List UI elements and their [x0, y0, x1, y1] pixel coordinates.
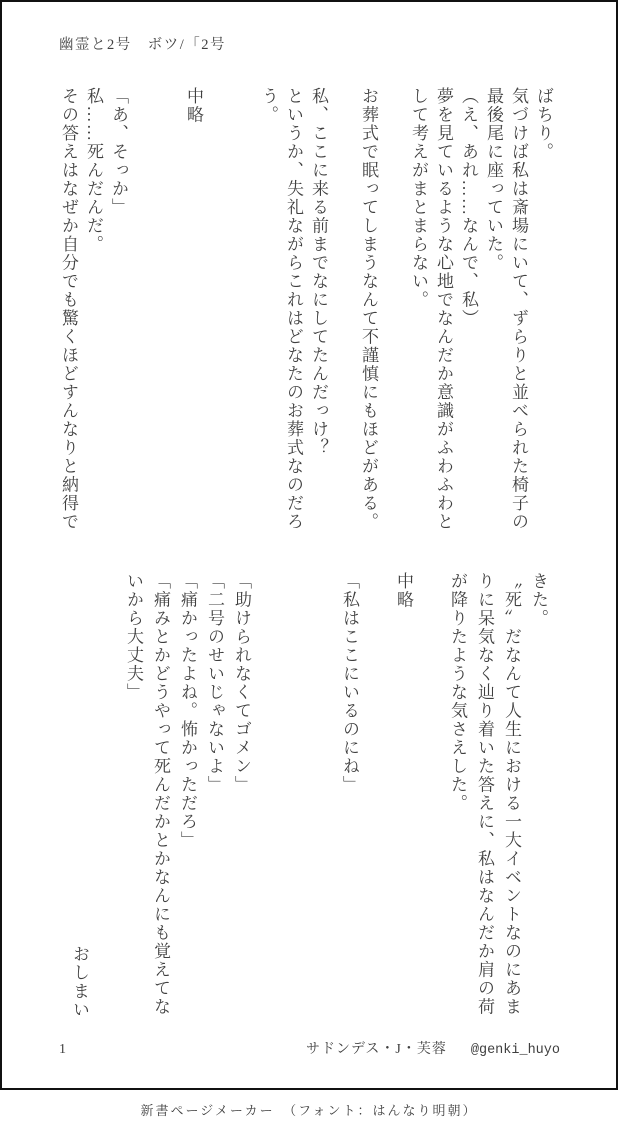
upper-text-block: ばちり。気づけば私は斎場にいて、ずらりと並べられた椅子の最後尾に座っていた。（え…: [56, 87, 556, 539]
text-line: [282, 572, 309, 1019]
page-footer: 1 サドンデス・J・芙蓉 @genki_huyo: [59, 1038, 560, 1058]
text-line: 中略: [181, 87, 206, 539]
generator-caption: 新書ページメーカー （フォント：はんなり明朝）: [0, 1100, 618, 1119]
text-line: が降りたような気さえした。: [444, 572, 471, 1019]
text-line: 最後尾に座っていた。: [481, 87, 506, 539]
text-line: [381, 87, 406, 539]
text-line: 「痛かったよね。怖かっただろ」: [174, 572, 201, 1019]
text-line: というか、失礼ながらこれはどなたのお葬式なのだろ: [281, 87, 306, 539]
text-line: [255, 572, 282, 1019]
page-header-title: 幽霊と2号 ボツ/「2号: [59, 33, 226, 54]
text-line: 「助けられなくてゴメン」: [228, 572, 255, 1019]
text-line: その答えはなぜか自分でも驚くほどすんなりと納得で: [56, 87, 81, 539]
author-name: サドンデス・J・芙蓉: [306, 1038, 447, 1058]
text-line: いから大丈夫」: [120, 572, 147, 1019]
text-line: [93, 572, 120, 1019]
text-line: 〝死〟だなんて人生における一大イベントなのにあま: [498, 572, 525, 1019]
text-line: 「私はここにいるのにね」: [336, 572, 363, 1019]
text-line: [363, 572, 390, 1019]
text-line: 夢を見ているような心地でなんだか意識がふわふわと: [431, 87, 456, 539]
text-line: [417, 572, 444, 1019]
page-number: 1: [59, 1042, 67, 1058]
text-line: う。: [256, 87, 281, 539]
text-line: 「あ、そっか」: [106, 87, 131, 539]
text-line: [156, 87, 181, 539]
lower-text-block: きた。〝死〟だなんて人生における一大イベントなのにあまりに呆気なく辿り着いた答え…: [66, 572, 552, 1019]
footer-credits: サドンデス・J・芙蓉 @genki_huyo: [306, 1038, 560, 1058]
text-line: [231, 87, 256, 539]
text-line: りに呆気なく辿り着いた答えに、私はなんだか肩の荷: [471, 572, 498, 1019]
novel-page-frame: 幽霊と2号 ボツ/「2号 ばちり。気づけば私は斎場にいて、ずらりと並べられた椅子…: [0, 0, 618, 1090]
text-line: [309, 572, 336, 1019]
text-line: 「二号のせいじゃないよ」: [201, 572, 228, 1019]
text-line: ばちり。: [531, 87, 556, 539]
text-line: 私……死んだんだ。: [81, 87, 106, 539]
text-line: [331, 87, 356, 539]
text-line: 「痛みとかどうやって死んだかとかなんにも覚えてな: [147, 572, 174, 1019]
text-line: おしまい: [66, 572, 93, 1019]
text-line: [206, 87, 231, 539]
author-handle: @genki_huyo: [471, 1043, 560, 1058]
text-line: （え、あれ……なんで、私）: [456, 87, 481, 539]
text-line: きた。: [525, 572, 552, 1019]
text-line: 中略: [390, 572, 417, 1019]
text-line: 気づけば私は斎場にいて、ずらりと並べられた椅子の: [506, 87, 531, 539]
text-line: して考えがまとまらない。: [406, 87, 431, 539]
text-line: 私、ここに来る前までなにしてたんだっけ？: [306, 87, 331, 539]
text-line: お葬式で眠ってしまうなんて不謹慎にもほどがある。: [356, 87, 381, 539]
text-line: [131, 87, 156, 539]
